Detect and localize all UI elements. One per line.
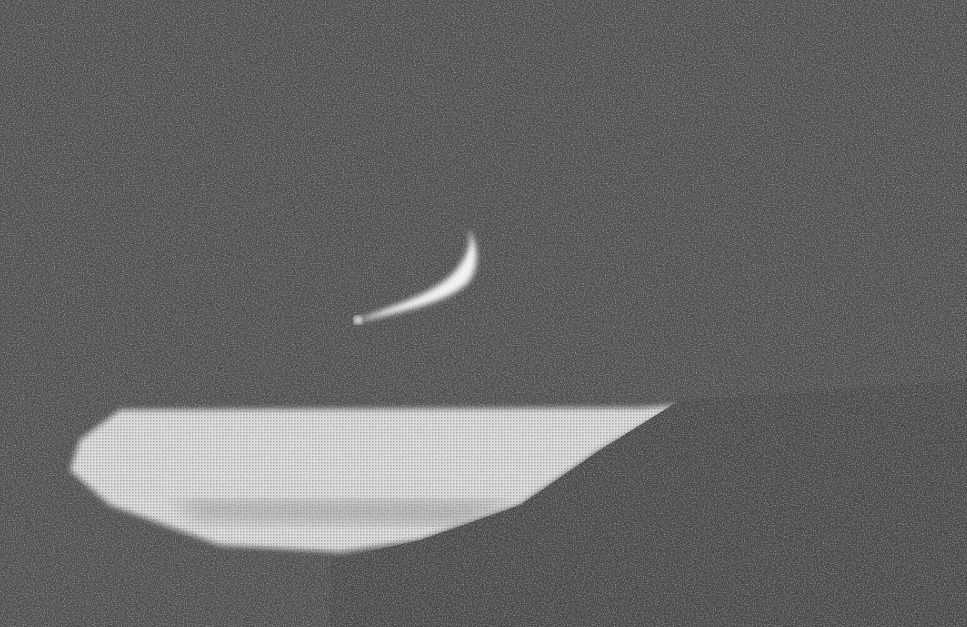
film-grain [0, 0, 967, 627]
photo-scene [0, 0, 967, 627]
photo-canvas [0, 0, 967, 627]
